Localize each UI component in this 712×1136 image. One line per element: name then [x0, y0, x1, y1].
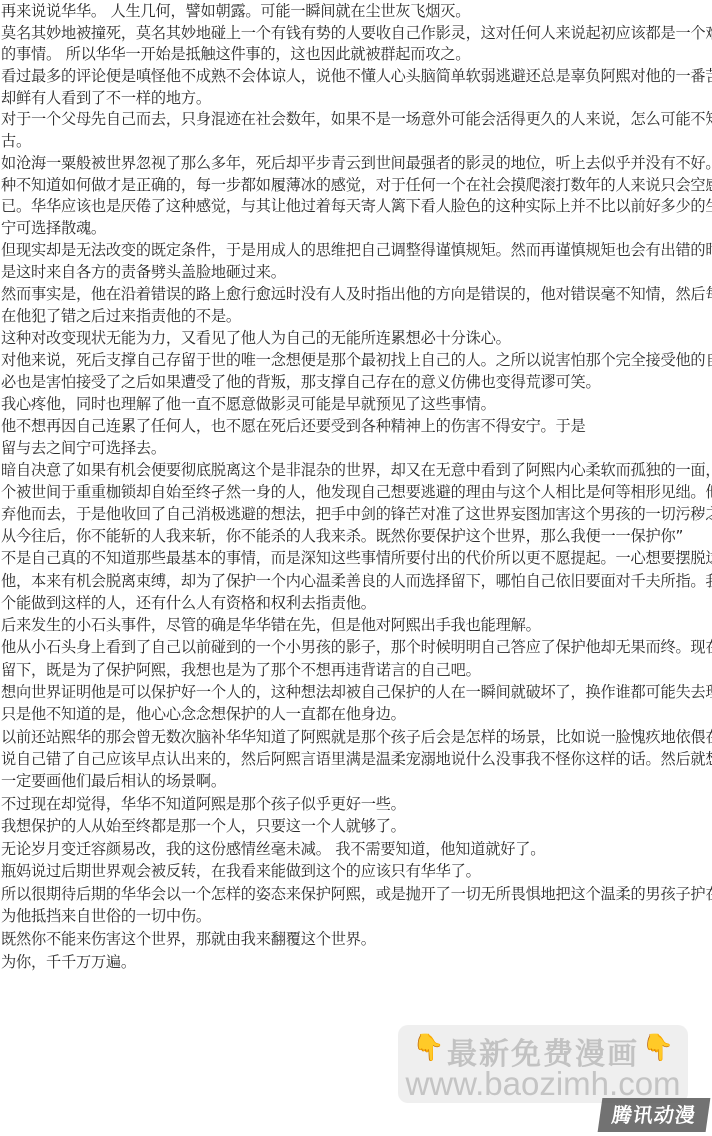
text-line: 不是自己真的不知道那些最基本的事情，而是深知这些事情所要付出的代价所以更不愿提起…: [1, 548, 712, 568]
text-line: 对于一个父母先自己而去，只身混迹在社会数年，如果不是一场意外可能会活得更久的人来…: [1, 109, 712, 129]
text-line: 暗自决意了如果有机会便要彻底脱离这个是非混杂的世界，却又在无意中看到了阿熙内心柔…: [1, 460, 712, 480]
text-line: 弃他而去，于是他收回了自己消极逃避的想法，把手中剑的锋芒对准了这世界妄图加害这个…: [1, 504, 712, 524]
watermark-overlay: 👇 最新免费漫画 www.baozimh.com 👇: [398, 1025, 688, 1103]
text-line: 他从小石头身上看到了自己以前碰到的一个小男孩的影子，那个时候明明自己答应了保护他…: [1, 637, 712, 657]
text-line: 以前还站熙华的那会曾无数次脑补华华知道了阿熙就是那个孩子后会是怎样的场景，比如说…: [1, 727, 712, 747]
text-line: 看过最多的评论便是嗔怪他不成熟不会体谅人，说他不懂人心头脑简单软弱逃避还总是辜负…: [1, 66, 712, 86]
text-line: 已。华华应该也是厌倦了这种感觉，与其让他过着每天寄人篱下看人脸色的这种实际上并不…: [1, 196, 712, 216]
text-line: 留下，既是为了保护阿熙，我想也是为了那个不想再违背诺言的自己吧。: [1, 660, 481, 680]
brand-logo: 腾讯动漫: [598, 1098, 711, 1132]
pointing-hand-icon: 👇: [642, 1033, 674, 1063]
text-line: 个能做到这样的人，还有什么人有资格和权利去指责他。: [1, 593, 376, 613]
text-line: 为你，千千万万遍。: [1, 952, 136, 972]
text-line: 古。: [1, 131, 31, 151]
text-line: 他不想再因自己连累了任何人，也不愿在死后还要受到各种精神上的伤害不得安宁。于是: [1, 416, 586, 436]
text-line: 却鲜有人看到了不一样的地方。: [1, 88, 211, 108]
text-line: 他，本来有机会脱离束缚，却为了保护一个内心温柔善良的人而选择留下，哪怕自己依旧要…: [1, 571, 712, 591]
text-line: 再来说说华华。 人生几何，譬如朝露。可能一瞬间就在尘世灰飞烟灭。: [1, 1, 470, 21]
text-line: 如沧海一粟般被世界忽视了那么多年，死后却平步青云到世间最强者的影灵的地位，听上去…: [1, 153, 712, 173]
text-line: 所以很期待后期的华华会以一个怎样的姿态来保护阿熙，或是抛开了一切无所畏惧地把这个…: [1, 884, 712, 904]
text-line: 这种对改变现状无能为力，又看见了他人为自己的无能所连累想必十分诛心。: [1, 328, 511, 348]
text-line: 是这时来自各方的责备劈头盖脸地砸过来。: [1, 262, 286, 282]
text-line: 瓶妈说过后期世界观会被反转，在我看来能做到这个的应该只有华华了。: [1, 861, 481, 881]
text-line: 不过现在却觉得，华华不知道阿熙是那个孩子似乎更好一些。: [1, 794, 406, 814]
text-line: 在他犯了错之后过来指责他的不是。: [1, 306, 241, 326]
text-line: 的事情。 所以华华一开始是抵触这件事的，这也因此就被群起而攻之。: [1, 44, 470, 64]
text-line: 我心疼他，同时也理解了他一直不愿意做影灵可能是早就预见了这些事情。: [1, 394, 496, 414]
text-line: 既然你不能来伤害这个世界，那就由我来翻覆这个世界。: [1, 929, 376, 949]
text-line: 宁可选择散魂。: [1, 218, 106, 238]
text-line: 个被世间于重重枷锁却自始至终孑然一身的人，他发现自己想要逃避的理由与这个人相比是…: [1, 482, 712, 502]
text-line: 留与去之间宁可选择去。: [1, 438, 166, 458]
text-line: 只是他不知道的是，他心心念念想保护的人一直都在他身边。: [1, 704, 406, 724]
text-line: 说自己错了自己应该早点认出来的，然后阿熙言语里满是温柔宠溺地说什么没事我不怪你这…: [1, 749, 712, 769]
text-line: 然而事实是，他在沿着错误的路上愈行愈远时没有人及时指出他的方向是错误的，他对错误…: [1, 284, 712, 304]
text-line: 对他来说，死后支撑自己存留于世的唯一念想便是那个最初找上自己的人。之所以说害怕那…: [1, 350, 712, 370]
text-line: 一定要画他们最后相认的场景啊。: [1, 771, 226, 791]
text-line: 后来发生的小石头事件，尽管的确是华华错在先，但是他对阿熙出手我也能理解。: [1, 615, 541, 635]
text-line: 想向世界证明他是可以保护好一个人的，这种想法却被自己保护的人在一瞬间就破坏了，换…: [1, 682, 712, 702]
text-line: 但现实却是无法改变的既定条件，于是用成人的思维把自己调整得谨慎规矩。然而再谨慎规…: [1, 240, 712, 260]
text-line: 莫名其妙地被撞死，莫名其妙地碰上一个有钱有势的人要收自己作影灵，这对任何人来说起…: [1, 23, 712, 43]
text-line: 种不知道如何做才是正确的，每一步都如履薄冰的感觉，对于任何一个在社会摸爬滚打数年…: [1, 175, 712, 195]
text-line: 我想保护的人从始至终都是那一个人，只要这一个人就够了。: [1, 816, 406, 836]
text-line: 无论岁月变迁容颜易改，我的这份感情丝毫未减。 我不需要知道，他知道就好了。: [1, 839, 545, 859]
article-body: 再来说说华华。 人生几何，譬如朝露。可能一瞬间就在尘世灰飞烟灭。莫名其妙地被撞死…: [0, 0, 712, 1136]
text-line: 必也是害怕接受了之后如果遭受了他的背叛，那支撑自己存在的意义仿佛也变得荒谬可笑。: [1, 372, 601, 392]
text-line: 为他抵挡来自世俗的一切中伤。: [1, 906, 211, 926]
text-line: 从今往后，你不能斩的人我来斩，你不能杀的人我来杀。既然你要保护这个世界，那么我便…: [1, 526, 683, 546]
